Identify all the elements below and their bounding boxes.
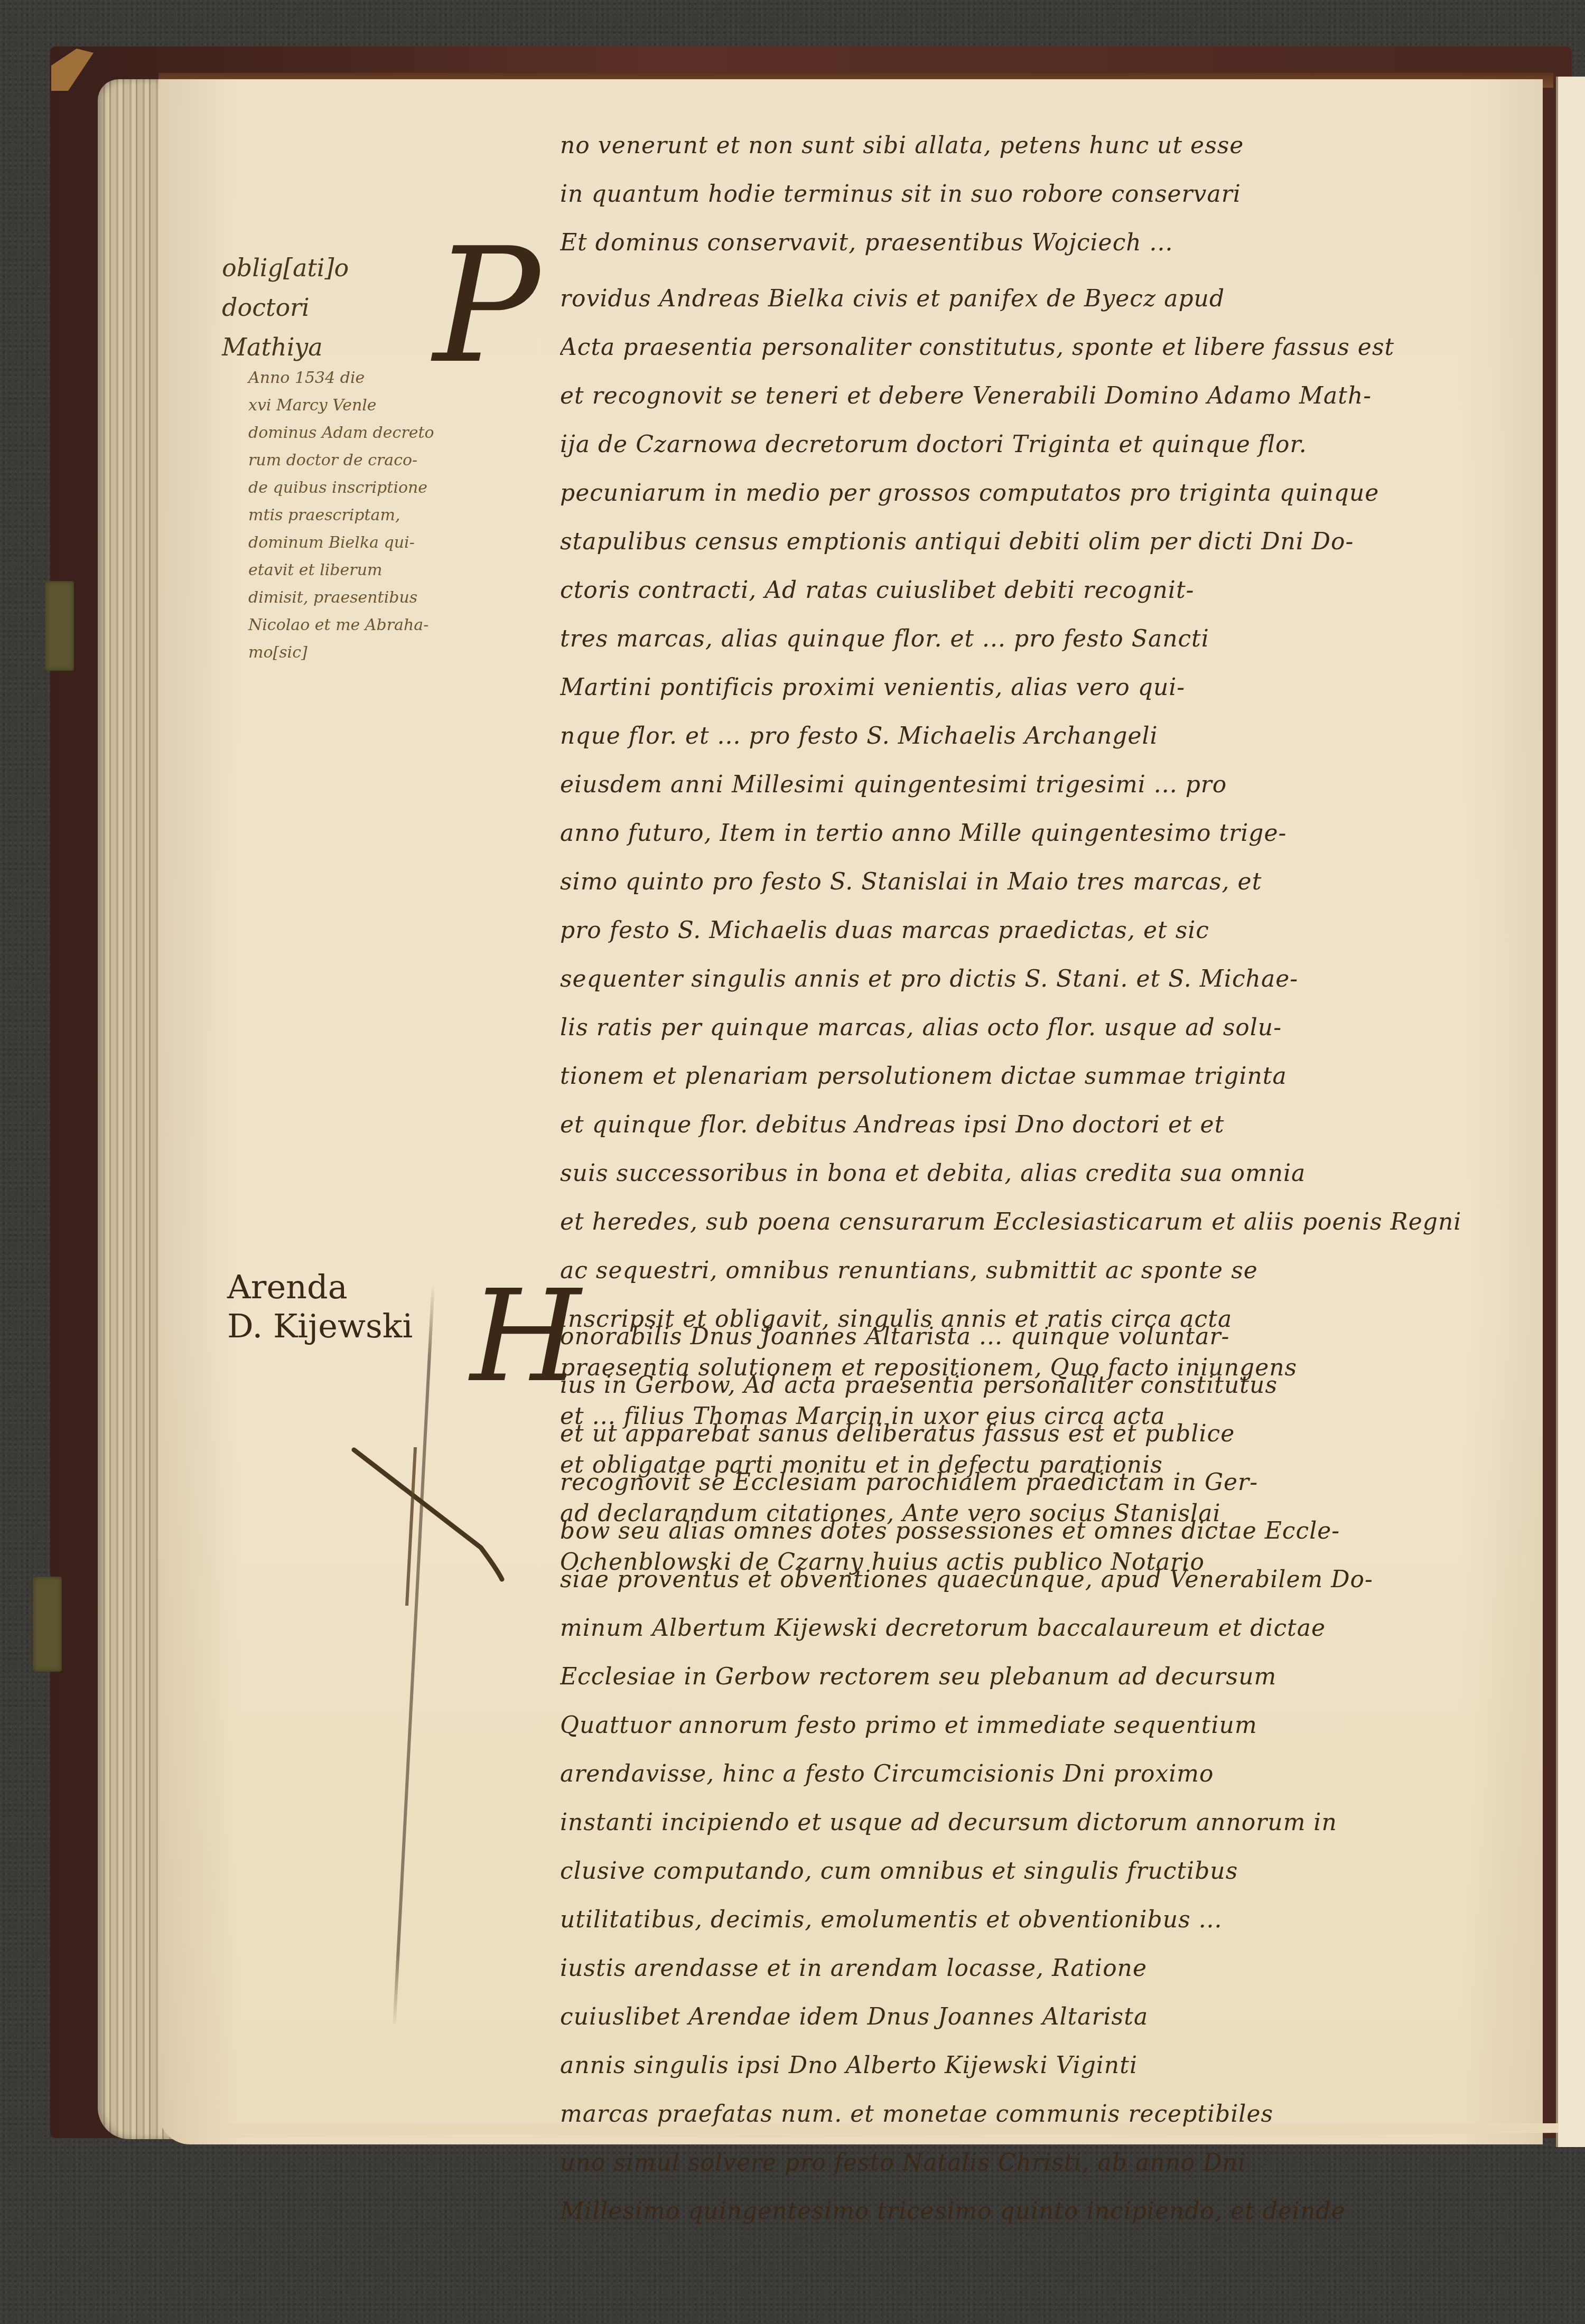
margin-line: Nicolao et me Abraha- <box>248 612 434 639</box>
text-line: siae proventus et obventiones quaecunque… <box>560 1555 1490 1604</box>
margin-line: dominum Bielka qui- <box>248 529 434 557</box>
text-line: Et dominus conservavit, praesentibus Woj… <box>560 219 1490 267</box>
text-line: et ut apparebat sanus deliberatus fassus… <box>560 1410 1490 1458</box>
text-line: suis successoribus in bona et debita, al… <box>560 1149 1490 1198</box>
text-line: marcas praefatas num. et monetae communi… <box>560 2090 1490 2139</box>
margin-line: oblig[ati]o <box>222 248 349 288</box>
cancellation-cross-icon <box>349 1447 507 1606</box>
text-line: tres marcas, alias quinque flor. et ... … <box>560 615 1490 663</box>
text-line: ac sequestri, omnibus renuntians, submit… <box>560 1247 1490 1295</box>
margin-line: doctori <box>222 288 349 327</box>
text-line: et quinque flor. debitus Andreas ipsi Dn… <box>560 1101 1490 1149</box>
margin-line: xvi Marcy Venle <box>248 392 434 419</box>
margin-line: dominus Adam decreto <box>248 419 434 447</box>
text-line: iustis arendasse et in arendam locasse, … <box>560 1944 1490 1993</box>
text-line: instanti incipiendo et usque ad decursum… <box>560 1798 1490 1847</box>
entry-arenda-text: onorabilis Dnus Joannes Altarista ... qu… <box>560 1313 1490 2236</box>
margin-line: rum doctor de craco- <box>248 447 434 474</box>
margin-line: etavit et liberum <box>248 557 434 584</box>
margin-title-arenda: Arenda D. Kijewski <box>227 1268 413 1346</box>
margin-line: de quibus inscriptione <box>248 474 434 502</box>
margin-note-quittance: Anno 1534 die xvi Marcy Venle dominus Ad… <box>248 364 434 667</box>
text-line: minum Albertum Kijewski decretorum bacca… <box>560 1604 1490 1653</box>
text-line: ctoris contracti, Ad ratas cuiuslibet de… <box>560 566 1490 615</box>
text-line: sequenter singulis annis et pro dictis S… <box>560 955 1490 1004</box>
text-line: clusive computando, cum omnibus et singu… <box>560 1847 1490 1896</box>
text-line: Quattuor annorum festo primo et immediat… <box>560 1701 1490 1750</box>
text-line: recognovit se Ecclesiam parochialem prae… <box>560 1458 1490 1507</box>
brass-clasp-lower <box>33 1577 62 1672</box>
text-line: onorabilis Dnus Joannes Altarista ... qu… <box>560 1313 1490 1361</box>
text-line: bow seu alias omnes dotes possessiones e… <box>560 1507 1490 1555</box>
text-line: ius in Gerbow, Ad acta praesentia person… <box>560 1361 1490 1410</box>
text-line: no venerunt et non sunt sibi allata, pet… <box>560 121 1490 170</box>
text-line: pecuniarum in medio per grossos computat… <box>560 469 1490 518</box>
text-line: et recognovit se teneri et debere Venera… <box>560 372 1490 420</box>
text-line: uno simul solvere pro festo Natalis Chri… <box>560 2139 1490 2187</box>
margin-line: mo[sic] <box>248 639 434 667</box>
text-line: Acta praesentia personaliter constitutus… <box>560 323 1490 372</box>
margin-line: mtis praescriptam, <box>248 502 434 529</box>
facing-page-edge <box>1556 77 1585 2147</box>
text-line: in quantum hodie terminus sit in suo rob… <box>560 170 1490 219</box>
margin-line: D. Kijewski <box>227 1307 413 1346</box>
text-line: rovidus Andreas Bielka civis et panifex … <box>560 275 1490 323</box>
brass-clasp-upper <box>45 581 74 671</box>
text-line: cuiuslibet Arendae idem Dnus Joannes Alt… <box>560 1993 1490 2041</box>
margin-title-obligatio: oblig[ati]o doctori Mathiya <box>222 248 349 367</box>
text-line: arendavisse, hinc a festo Circumcisionis… <box>560 1750 1490 1798</box>
text-line: eiusdem anni Millesimi quingentesimi tri… <box>560 761 1490 809</box>
continuation-text: no venerunt et non sunt sibi allata, pet… <box>560 121 1490 267</box>
text-line: anno futuro, Item in tertio anno Mille q… <box>560 809 1490 858</box>
text-line: ija de Czarnowa decretorum doctori Trigi… <box>560 420 1490 469</box>
text-line: et heredes, sub poena censurarum Ecclesi… <box>560 1198 1490 1247</box>
drop-cap-p: P <box>433 227 540 386</box>
margin-line: Anno 1534 die <box>248 364 434 392</box>
text-line: tionem et plenariam persolutionem dictae… <box>560 1052 1490 1101</box>
text-line: lis ratis per quinque marcas, alias octo… <box>560 1004 1490 1052</box>
text-line: nque flor. et ... pro festo S. Michaelis… <box>560 712 1490 761</box>
margin-line: Mathiya <box>222 327 349 367</box>
margin-line: dimisit, praesentibus <box>248 584 434 612</box>
text-line: annis singulis ipsi Dno Alberto Kijewski… <box>560 2041 1490 2090</box>
margin-line: Arenda <box>227 1268 413 1307</box>
text-line: Ecclesiae in Gerbow rectorem seu plebanu… <box>560 1653 1490 1701</box>
text-line: simo quinto pro festo S. Stanislai in Ma… <box>560 858 1490 906</box>
text-line: Millesimo quingentesimo tricesimo quinto… <box>560 2187 1490 2236</box>
text-line: utilitatibus, decimis, emolumentis et ob… <box>560 1896 1490 1944</box>
text-line: stapulibus census emptionis antiqui debi… <box>560 518 1490 566</box>
text-line: pro festo S. Michaelis duas marcas praed… <box>560 906 1490 955</box>
text-line: Martini pontificis proximi venientis, al… <box>560 663 1490 712</box>
